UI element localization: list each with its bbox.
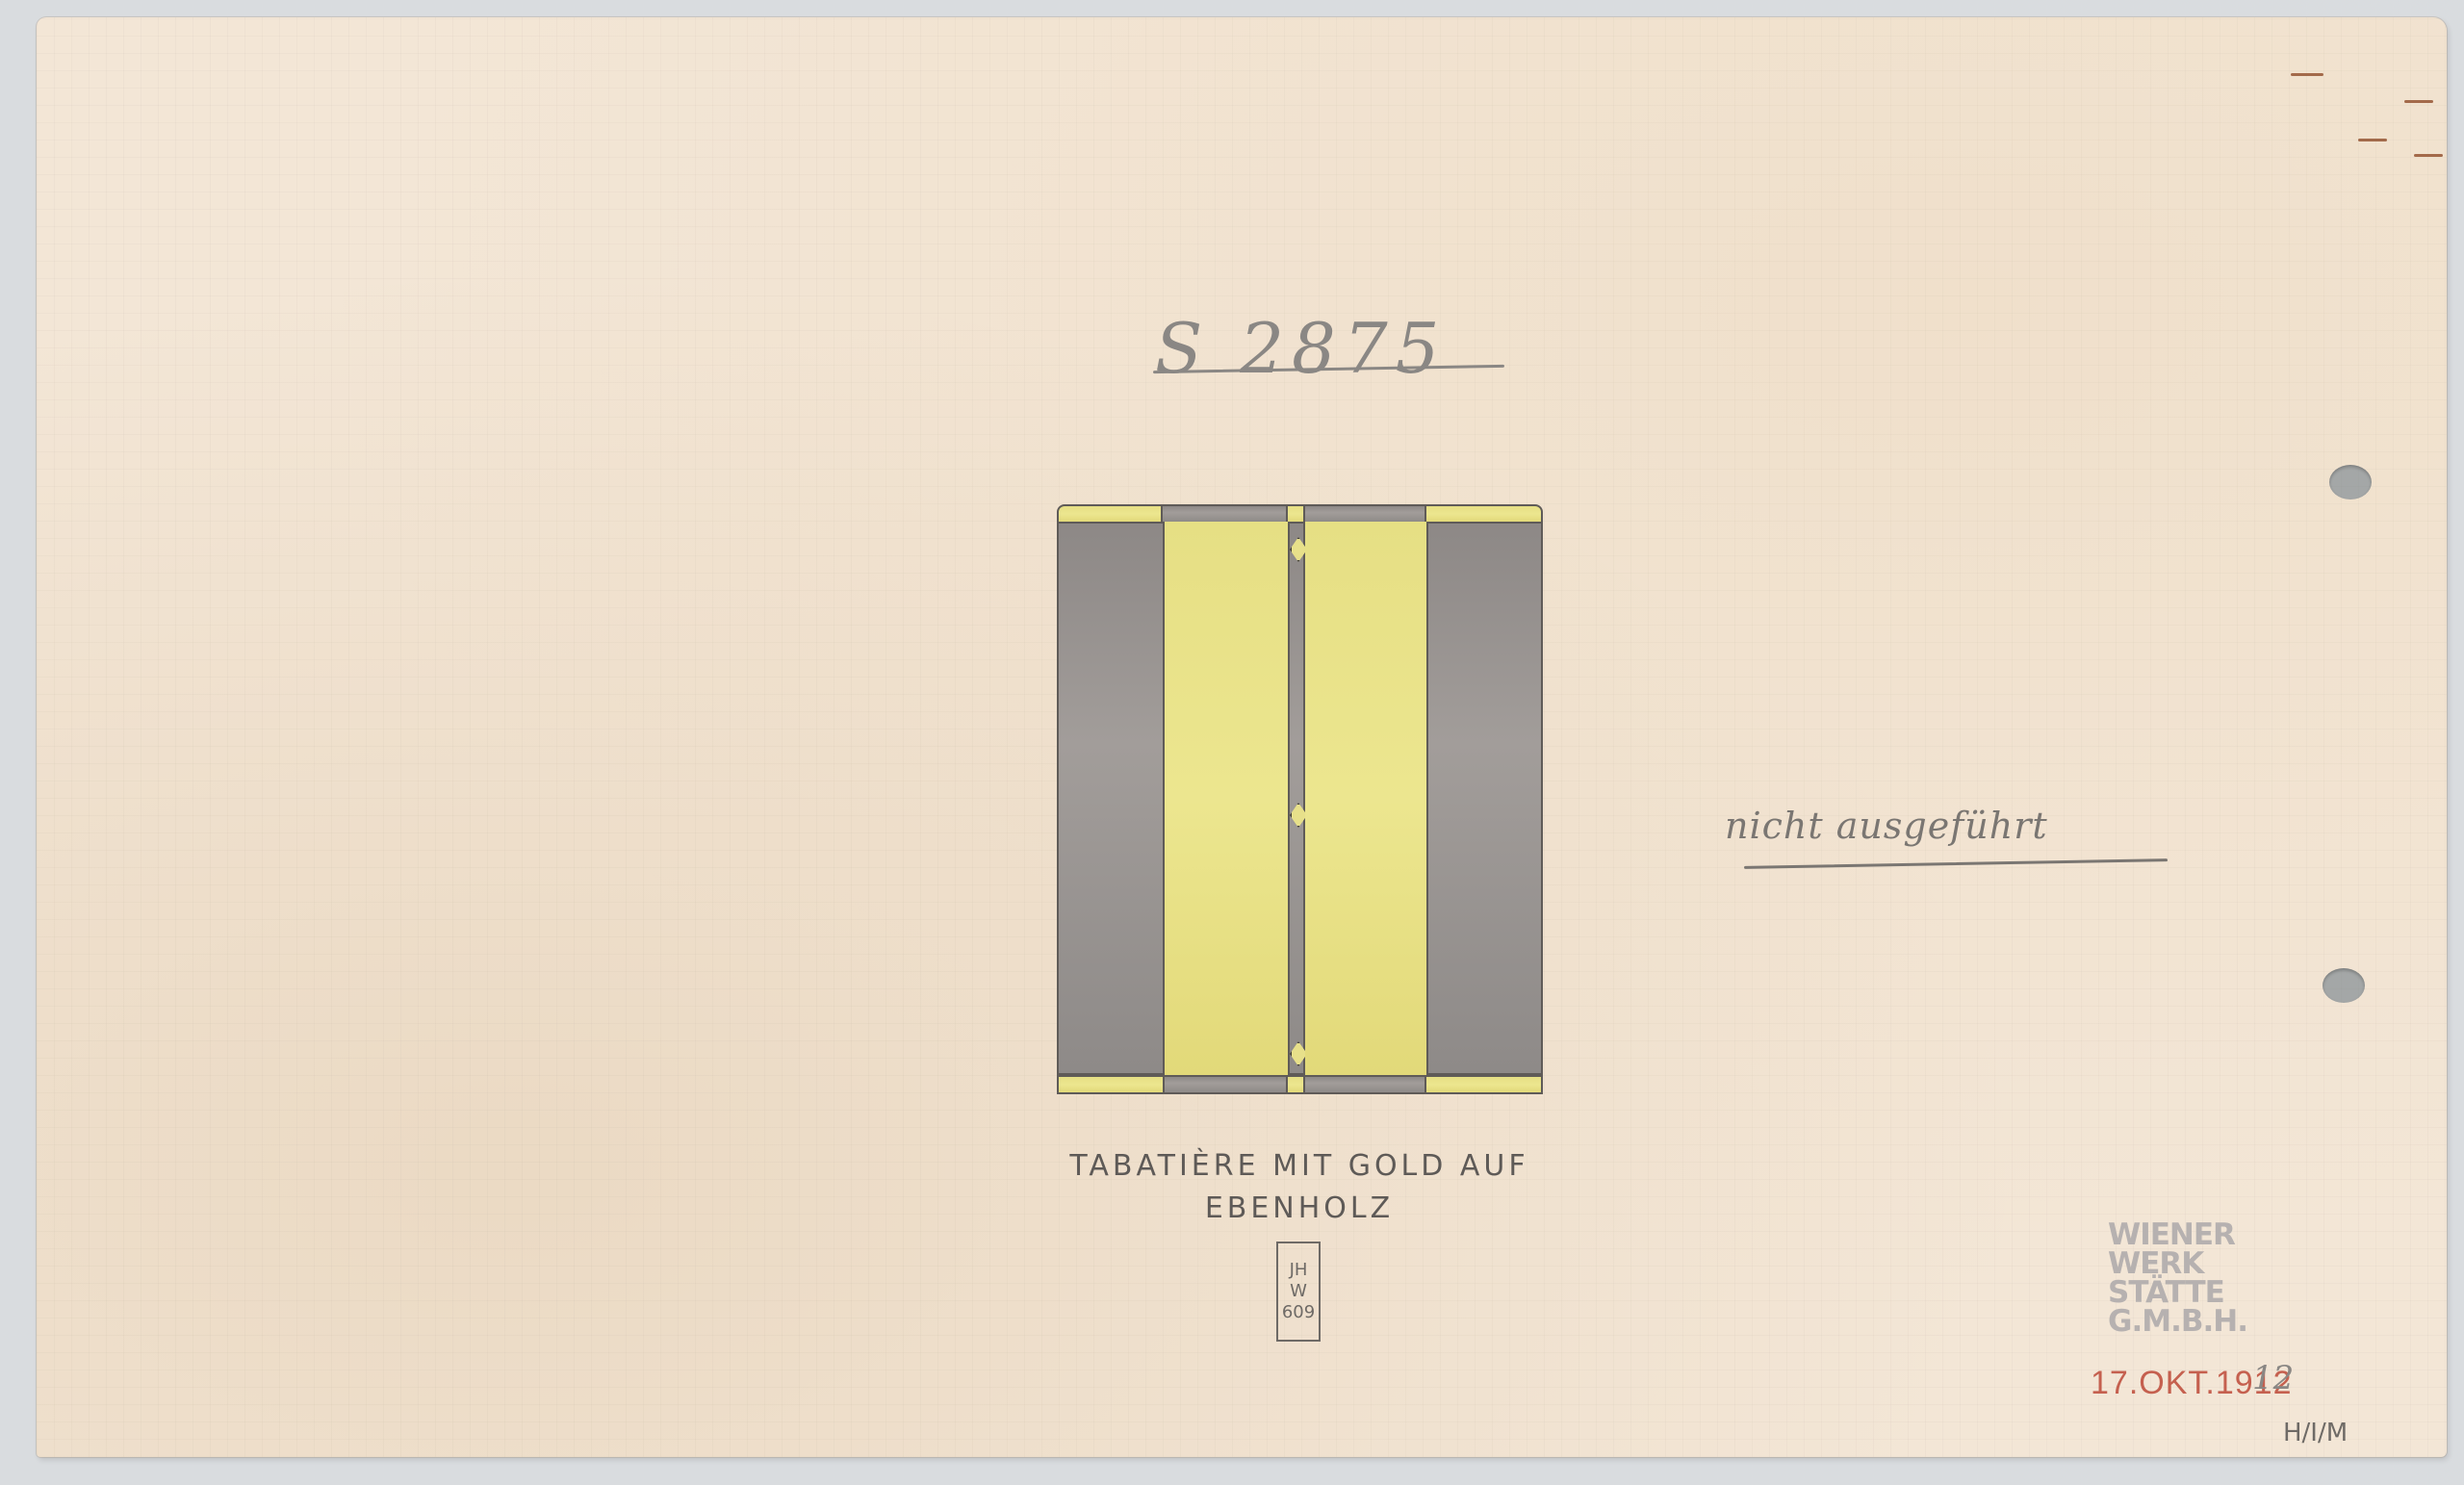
ebony-edge bbox=[1303, 1075, 1426, 1094]
monogram-middle: W bbox=[1290, 1281, 1307, 1302]
rust-mark bbox=[2414, 154, 2443, 157]
designer-monogram: JH W 609 bbox=[1276, 1242, 1321, 1342]
gold-corner bbox=[1057, 504, 1163, 524]
ebony-panel-left bbox=[1057, 522, 1165, 1075]
inventory-number: S 2875 bbox=[1155, 308, 1447, 389]
ebony-edge bbox=[1161, 504, 1288, 524]
gold-corner bbox=[1057, 1075, 1165, 1094]
ebony-edge bbox=[1163, 1075, 1288, 1094]
ebony-center-strip bbox=[1288, 522, 1305, 1075]
tabatiere-drawing bbox=[1057, 504, 1543, 1096]
gold-panel-right bbox=[1305, 522, 1426, 1075]
rust-mark bbox=[2404, 100, 2433, 103]
archive-code: H/I/M bbox=[2283, 1419, 2348, 1447]
pencil-initial: 12 bbox=[2252, 1359, 2294, 1397]
caption-line-1: TABATIÈRE MIT GOLD AUF bbox=[1011, 1145, 1588, 1188]
wiener-werkstaette-stamp: WIENER WERK STÄTTE G.M.B.H. bbox=[2108, 1220, 2247, 1336]
stamp-line: STÄTTE bbox=[2108, 1278, 2247, 1307]
gold-corner bbox=[1424, 504, 1543, 524]
stamp-line: WIENER bbox=[2108, 1220, 2247, 1249]
gold-clasp bbox=[1286, 504, 1305, 524]
caption-line-2: EBENHOLZ bbox=[1011, 1188, 1588, 1230]
ebony-edge bbox=[1303, 504, 1426, 524]
rust-mark bbox=[2291, 73, 2323, 76]
stamp-line: G.M.B.H. bbox=[2108, 1307, 2247, 1336]
gold-panel-left bbox=[1165, 522, 1288, 1075]
rust-mark bbox=[2358, 139, 2387, 141]
drawing-caption: TABATIÈRE MIT GOLD AUF EBENHOLZ bbox=[1011, 1145, 1588, 1230]
monogram-top: JH bbox=[1290, 1260, 1308, 1281]
gold-clasp bbox=[1286, 1075, 1305, 1094]
punch-hole-bottom bbox=[2323, 968, 2365, 1003]
monogram-number: 609 bbox=[1282, 1302, 1315, 1323]
side-note: nicht ausgeführt bbox=[1725, 805, 2048, 847]
ebony-panel-right bbox=[1426, 522, 1543, 1075]
gold-corner bbox=[1424, 1075, 1543, 1094]
punch-hole-top bbox=[2329, 465, 2372, 499]
stamp-line: WERK bbox=[2108, 1249, 2247, 1278]
